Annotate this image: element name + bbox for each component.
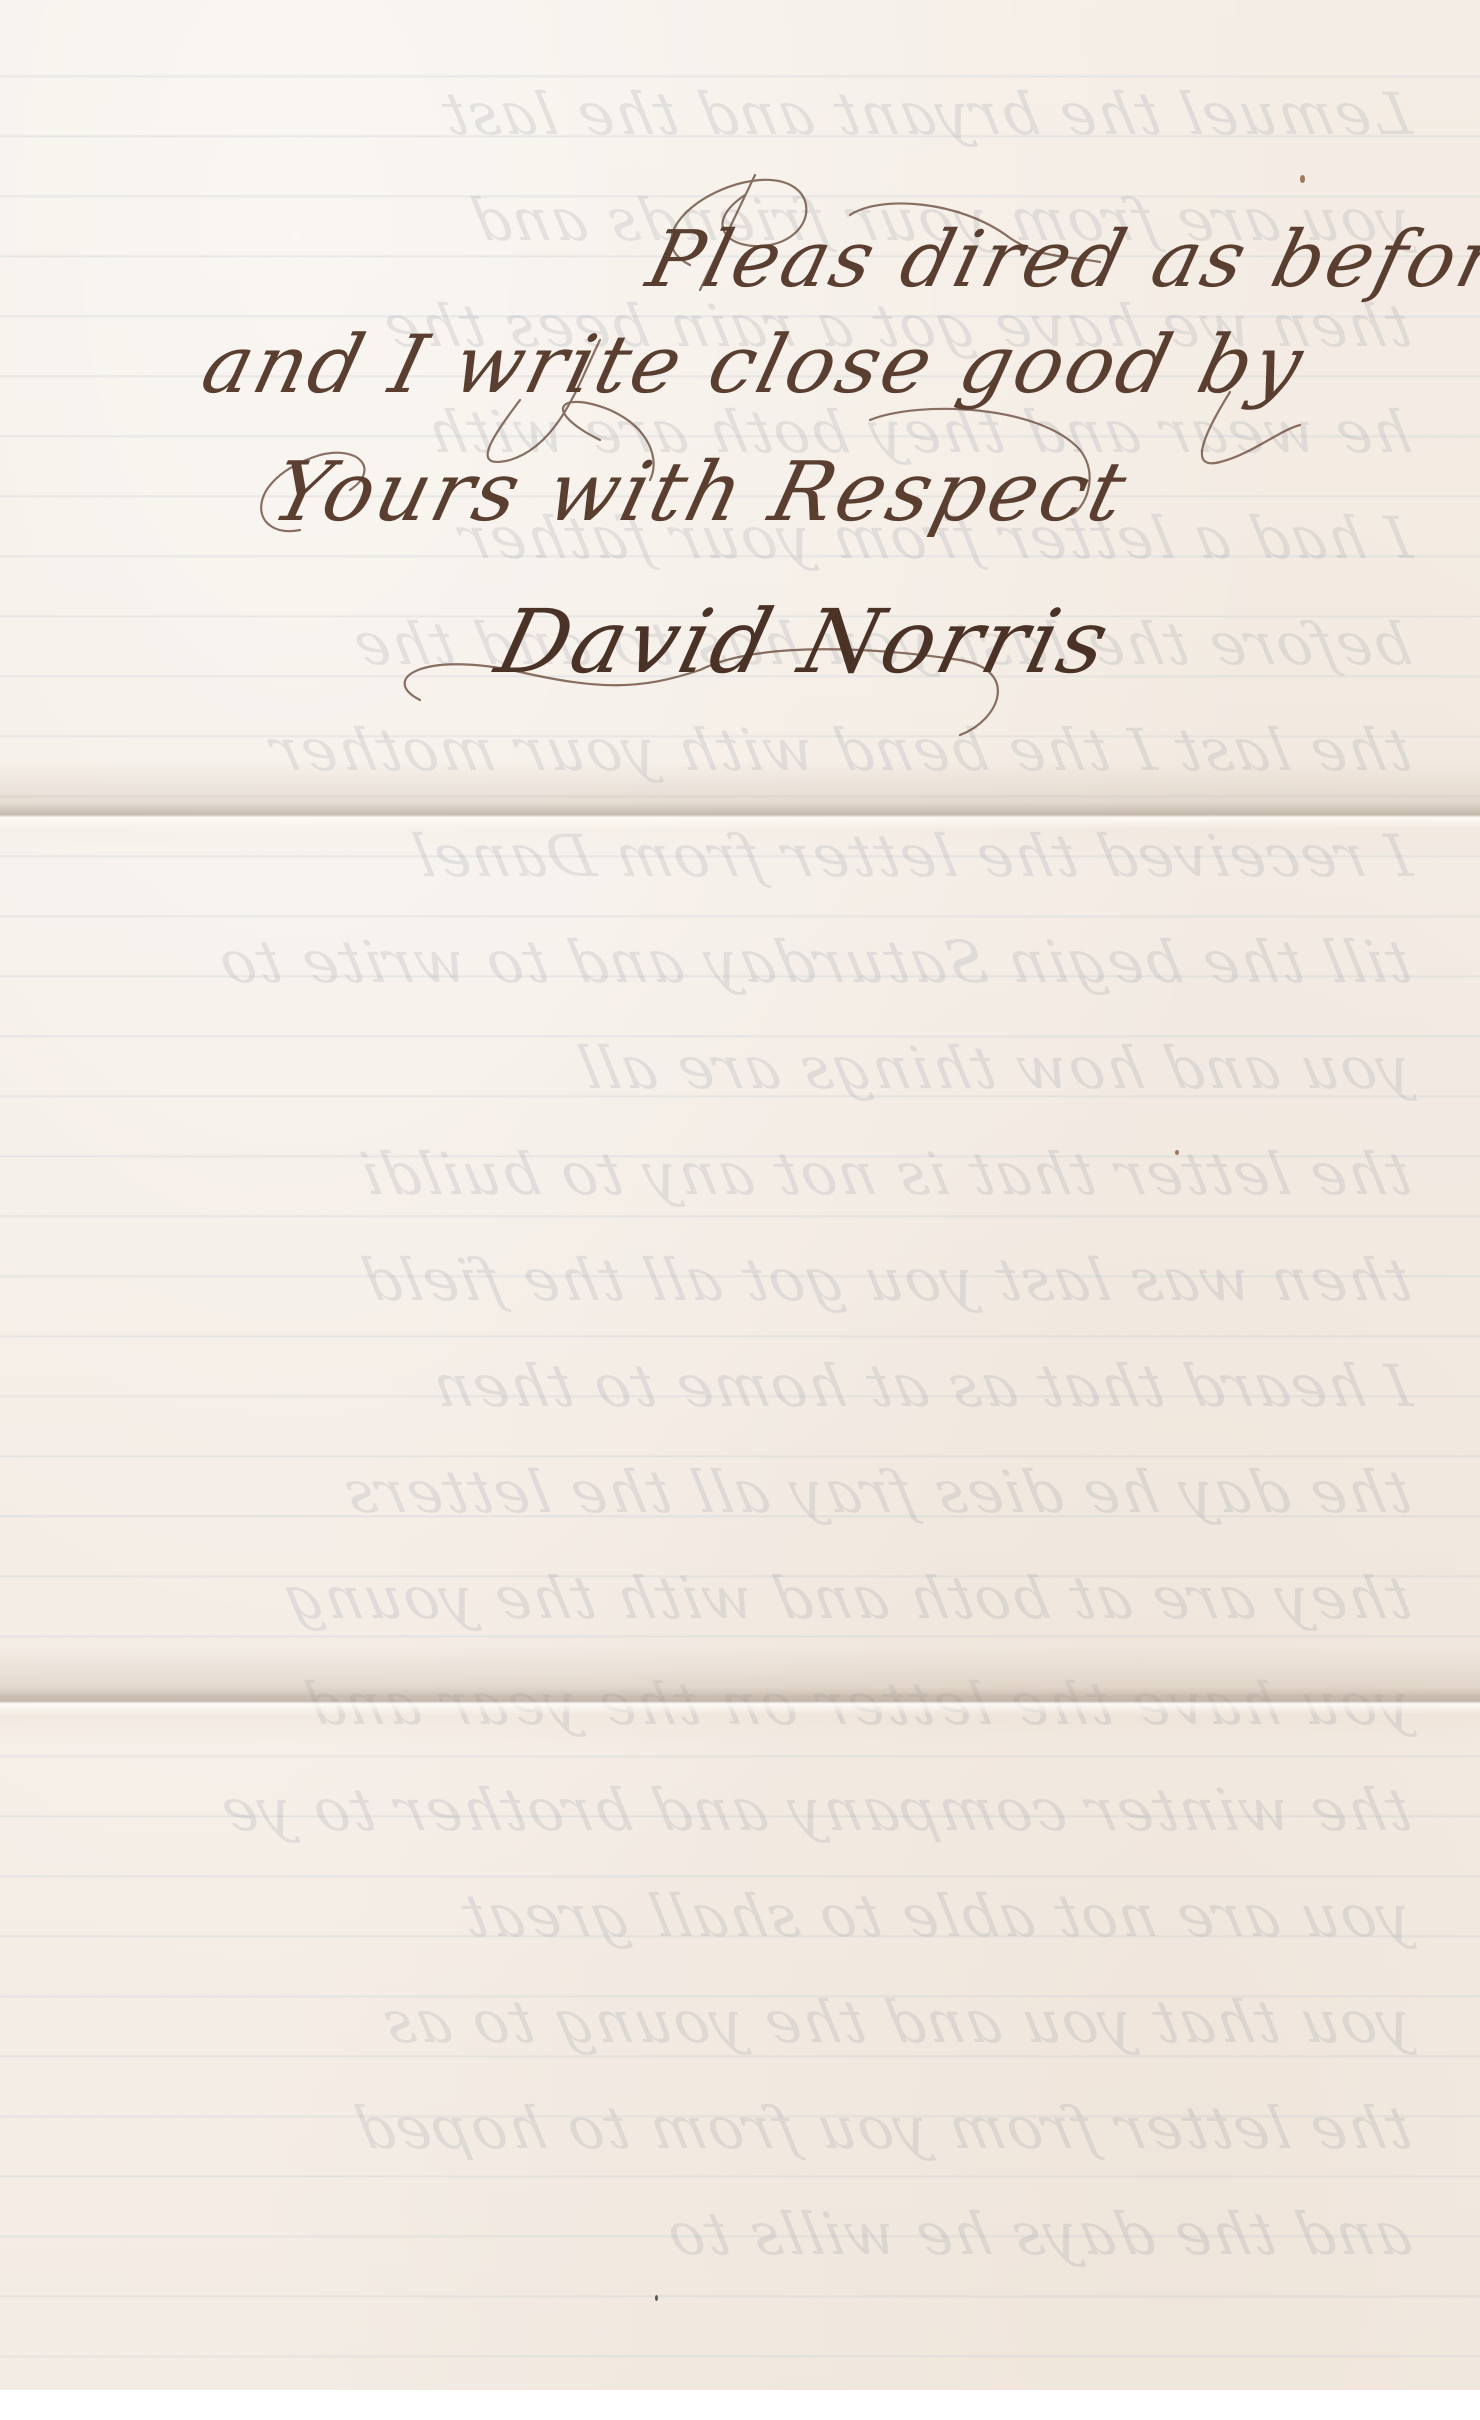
bleed-through-line: the day he dies fray all the letters (83, 1458, 1417, 1526)
bleed-through-line: you have the letter on the year and (83, 1670, 1417, 1738)
bleed-through-line: then was last you got all the field (83, 1246, 1417, 1314)
bleed-through-line: I received the letter from Danel (83, 822, 1417, 890)
bleed-through-line: I heard that as at home to then (83, 1352, 1417, 1420)
bleed-through-line: the letter that is not any to buildi (83, 1140, 1417, 1208)
letter-page: Lemuel the bryant and the lastyou are fr… (0, 0, 1480, 2390)
ink-speck (655, 2295, 658, 2301)
bleed-through-line: they are at both and with the young (83, 1564, 1417, 1632)
letter-line-3-closing: Yours with Respect (263, 445, 1138, 540)
bleed-through-line: the letter from you from to hoped (83, 2094, 1417, 2162)
bleed-through-line: you and how things are all (83, 1034, 1417, 1102)
bleed-through-line: you are not able to shall great (83, 1882, 1417, 1950)
bleed-through-line: you that you and the young to as (83, 1988, 1417, 2056)
bleed-through-line: Lemuel the bryant and the last (83, 80, 1417, 148)
ink-speck (1175, 1150, 1179, 1155)
fold-crease-lower (0, 1645, 1480, 1715)
bleed-through-line: till the begin Saturday and to write to (83, 928, 1417, 996)
ink-speck (1300, 175, 1305, 183)
bleed-through-line: and the days he wills to (83, 2200, 1417, 2268)
bleed-through-line: the last I the bend with your mother (83, 716, 1417, 784)
signature: David Norris (487, 590, 1121, 693)
letter-line-1: Pleas dired as before (639, 215, 1480, 305)
bleed-through-line: the winter company and brother to ye (83, 1776, 1417, 1844)
fold-crease-upper (0, 760, 1480, 830)
letter-line-2: and I write close good by (193, 318, 1314, 411)
